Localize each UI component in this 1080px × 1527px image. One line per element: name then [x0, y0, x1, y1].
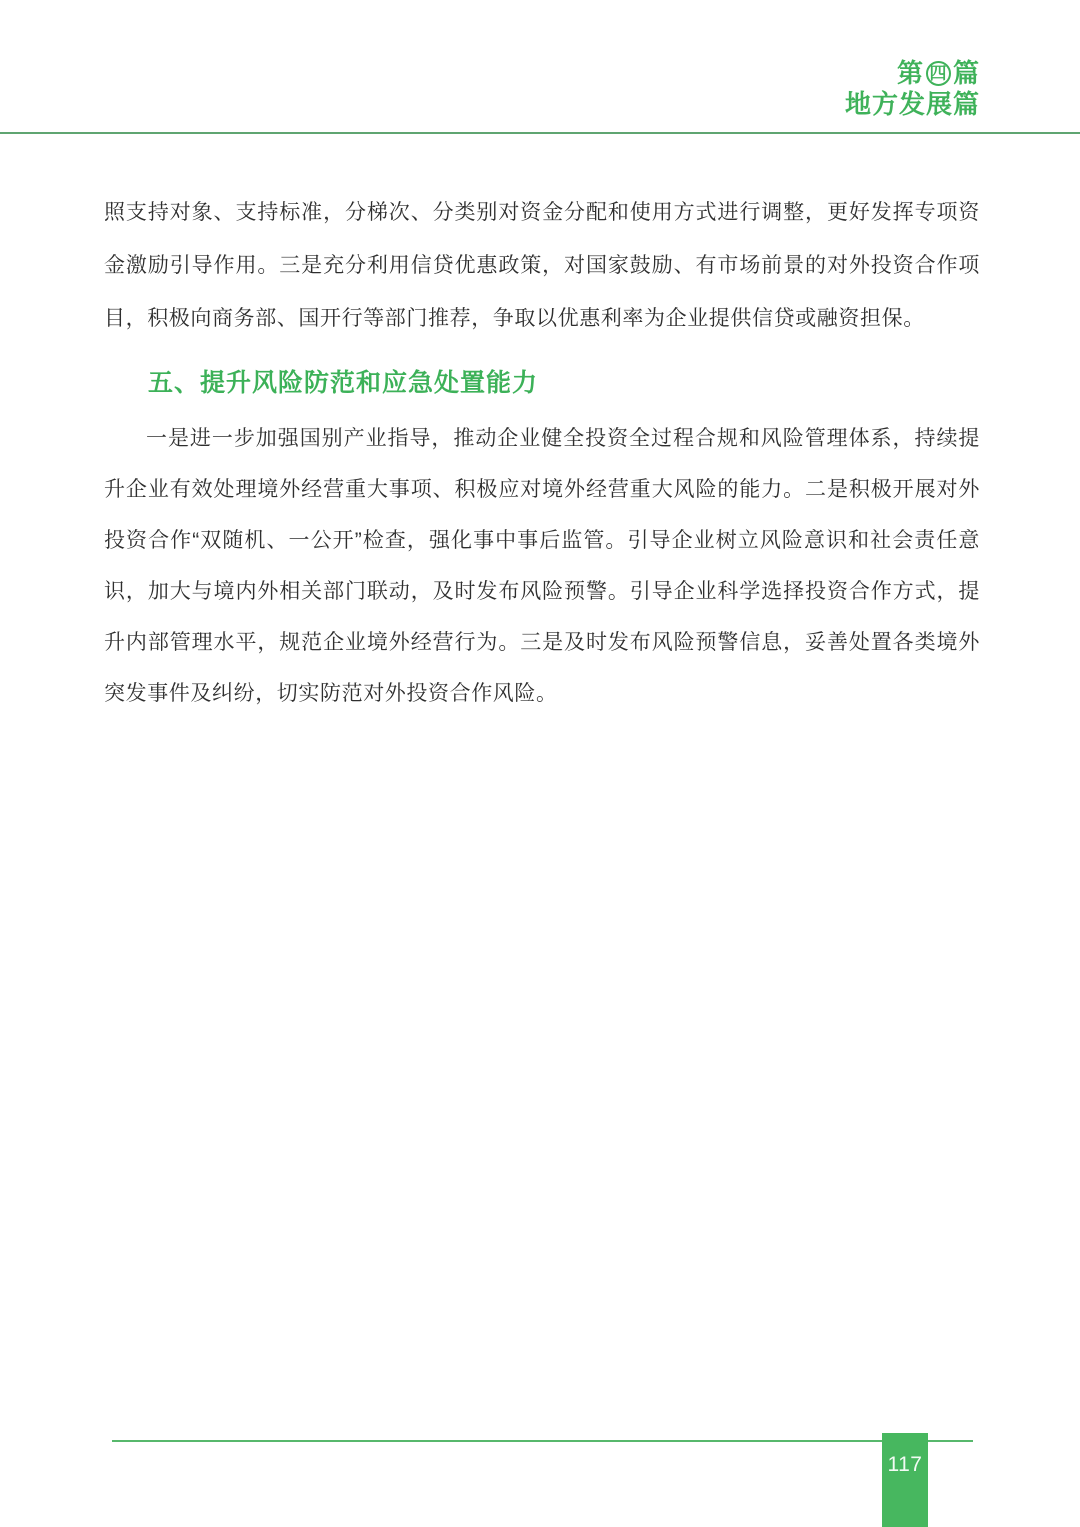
body-paragraph-1: 照支持对象、支持标准，分梯次、分类别对资金分配和使用方式进行调整，更好发挥专项资… [104, 186, 980, 345]
body-paragraph-2: 一是进一步加强国别产业指导，推动企业健全投资全过程合规和风险管理体系，持续提升企… [104, 413, 980, 719]
page-header: 第四篇 地方发展篇 [845, 58, 980, 120]
section-heading: 五、提升风险防范和应急处置能力 [104, 363, 980, 399]
chapter-subtitle: 地方发展篇 [845, 89, 980, 120]
footer-divider-line [112, 1440, 973, 1442]
chapter-number-circled: 四 [926, 61, 951, 86]
chapter-title-suffix: 篇 [953, 58, 980, 89]
main-content: 照支持对象、支持标准，分梯次、分类别对资金分配和使用方式进行调整，更好发挥专项资… [104, 186, 980, 719]
page-number: 117 [888, 1453, 923, 1477]
chapter-title-prefix: 第 [897, 58, 924, 89]
chapter-title: 第四篇 [845, 58, 980, 89]
page-number-tab: 117 [882, 1433, 928, 1527]
header-divider-line [0, 132, 1080, 134]
document-page: 第四篇 地方发展篇 照支持对象、支持标准，分梯次、分类别对资金分配和使用方式进行… [0, 0, 1080, 1527]
